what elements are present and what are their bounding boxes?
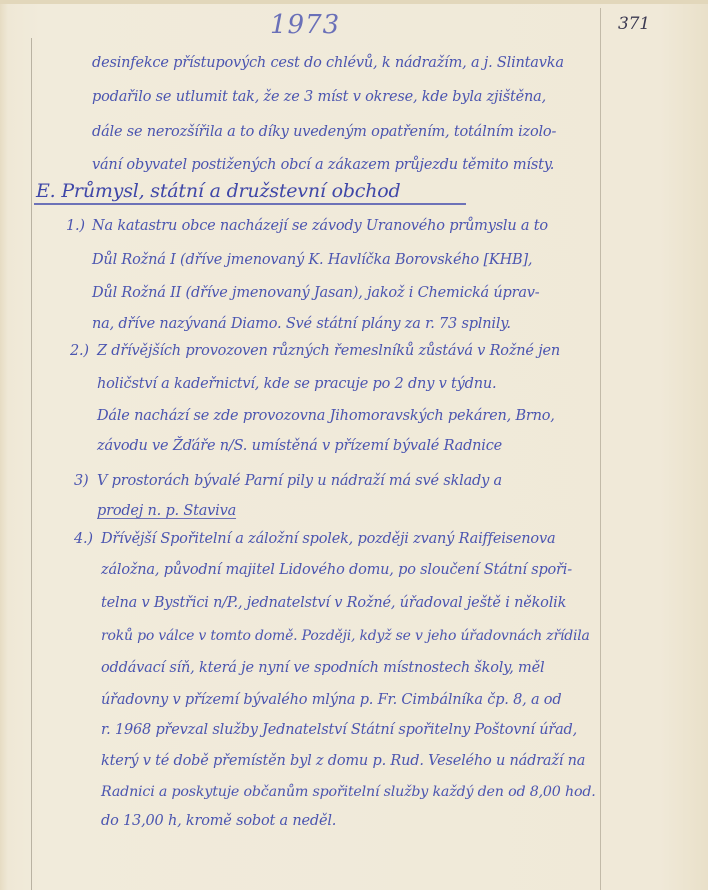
text-line: dále se nerozšířila a to díky uvedeným o… bbox=[92, 124, 556, 140]
text-line: Na katastru obce nacházejí se závody Ura… bbox=[92, 218, 548, 234]
document-page: 1973 371 desinfekce přístupových cest do… bbox=[0, 0, 708, 890]
text-line: Důl Rožná I (dříve jmenovaný K. Havlíčka… bbox=[92, 252, 532, 268]
left-margin-rule bbox=[31, 38, 32, 890]
text-line: prodej n. p. Staviva bbox=[97, 503, 236, 519]
section-heading: E. Průmysl, státní a družstevní obchod bbox=[36, 180, 400, 202]
text-line: na, dříve nazývaná Diamo. Své státní plá… bbox=[92, 316, 511, 332]
item-number: 4.) bbox=[74, 531, 93, 547]
text-line: Dále nachází se zde provozovna Jihomorav… bbox=[97, 408, 555, 424]
item-number: 2.) bbox=[70, 343, 89, 359]
right-margin-rule bbox=[600, 8, 601, 890]
item-number: 3) bbox=[74, 473, 88, 489]
page-number: 371 bbox=[618, 14, 650, 34]
text-line: Radnici a poskytuje občanům spořitelní s… bbox=[101, 784, 596, 800]
text-line: závodu ve Žďáře n/S. umístěná v přízemí … bbox=[97, 438, 502, 454]
text-line: V prostorách bývalé Parní pily u nádraží… bbox=[97, 473, 502, 489]
text-line: do 13,00 h, kromě sobot a neděl. bbox=[101, 813, 336, 829]
text-line: podařilo se utlumit tak, že ze 3 míst v … bbox=[92, 89, 546, 105]
text-line: Dřívější Spořitelní a záložní spolek, po… bbox=[101, 531, 555, 547]
text-line: oddávací síň, která je nyní ve spodních … bbox=[101, 660, 544, 676]
text-line: vání obyvatel postižených obcí a zákazem… bbox=[92, 157, 554, 173]
heading-underline bbox=[34, 203, 466, 205]
item-number: 1.) bbox=[66, 218, 85, 234]
text-line: záložna, původní majitel Lidového domu, … bbox=[101, 562, 572, 578]
text-line: telna v Bystřici n/P., jednatelství v Ro… bbox=[101, 595, 566, 611]
text-line: roků po válce v tomto domě. Později, kdy… bbox=[101, 628, 590, 644]
text-line: Důl Rožná II (dříve jmenovaný Jasan), ja… bbox=[92, 285, 539, 301]
text-line: r. 1968 převzal služby Jednatelství Stát… bbox=[101, 722, 577, 738]
year-header: 1973 bbox=[270, 10, 340, 40]
text-line: úřadovny v přízemí bývalého mlýna p. Fr.… bbox=[101, 692, 561, 708]
text-line: Z dřívějších provozoven různých řemeslní… bbox=[97, 343, 560, 359]
text-line: který v té době přemístěn byl z domu p. … bbox=[101, 753, 585, 769]
text-line: holičství a kadeřnictví, kde se pracuje … bbox=[97, 376, 496, 392]
page-top-edge bbox=[0, 0, 708, 4]
text-line: desinfekce přístupových cest do chlévů, … bbox=[92, 55, 564, 71]
